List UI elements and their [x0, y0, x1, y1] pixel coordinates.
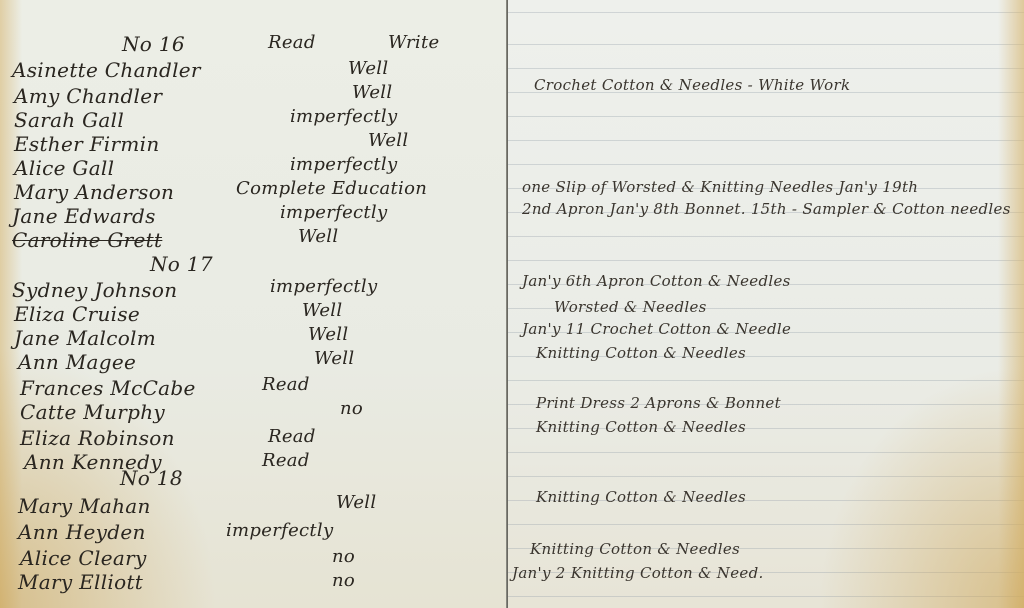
- write-value: Well: [348, 58, 388, 79]
- write-value: imperfectly: [290, 106, 397, 127]
- register-line: Crochet Cotton & Needles - White Work: [534, 76, 850, 94]
- register-line: Knitting Cotton & Needles: [530, 540, 740, 558]
- register-line: Jan'y 6th Apron Cotton & Needles: [522, 272, 791, 290]
- register-line: Jan'y 11 Crochet Cotton & Needle: [522, 320, 791, 338]
- write-value: Well: [368, 130, 408, 151]
- write-value: Well: [298, 226, 338, 247]
- student-name: Alice Cleary: [20, 546, 147, 570]
- write-value: Well: [314, 348, 354, 369]
- read-value: Read: [262, 450, 310, 471]
- right-page: Crochet Cotton & Needles - White Work on…: [508, 0, 1024, 608]
- student-name: Ann Heyden: [18, 520, 146, 544]
- student-name: Jane Malcolm: [14, 326, 156, 350]
- column-header-read: Read: [268, 32, 316, 53]
- student-name: Amy Chandler: [14, 84, 162, 108]
- student-name: Ann Magee: [18, 350, 136, 374]
- ledger-spread: No 16 Read Write Asinette Chandler Well …: [0, 0, 1024, 608]
- student-name: Frances McCabe: [20, 376, 196, 400]
- student-name: Alice Gall: [14, 156, 114, 180]
- section-heading-no18: No 18: [120, 466, 183, 490]
- register-line: Knitting Cotton & Needles: [536, 488, 746, 506]
- register-line: Worsted & Needles: [554, 298, 707, 316]
- read-value: Complete Education: [236, 178, 427, 199]
- section-heading-no16: No 16: [122, 32, 185, 56]
- student-name: Catte Murphy: [20, 400, 165, 424]
- write-value: no: [340, 398, 363, 419]
- register-line: 2nd Apron Jan'y 8th Bonnet. 15th - Sampl…: [522, 200, 1011, 218]
- student-name: Mary Elliott: [18, 570, 143, 594]
- student-name: Esther Firmin: [14, 132, 160, 156]
- write-value: Well: [302, 300, 342, 321]
- student-name: Sarah Gall: [14, 108, 124, 132]
- student-name: Sydney Johnson: [12, 278, 177, 302]
- read-value: Read: [262, 374, 310, 395]
- write-value: no: [332, 546, 355, 567]
- student-name: Mary Mahan: [18, 494, 151, 518]
- write-value: Well: [352, 82, 392, 103]
- student-name: Eliza Robinson: [20, 426, 175, 450]
- write-value: imperfectly: [290, 154, 397, 175]
- register-line: Print Dress 2 Aprons & Bonnet: [536, 394, 781, 412]
- student-name: Jane Edwards: [12, 204, 156, 228]
- register-line: Knitting Cotton & Needles: [536, 344, 746, 362]
- register-line: Knitting Cotton & Needles: [536, 418, 746, 436]
- section-heading-no17: No 17: [150, 252, 213, 276]
- write-value: no: [332, 570, 355, 591]
- student-name: Mary Anderson: [14, 180, 174, 204]
- student-name: Caroline Grett: [12, 228, 162, 252]
- write-value: imperfectly: [280, 202, 387, 223]
- read-value: Read: [268, 426, 316, 447]
- register-line: Jan'y 2 Knitting Cotton & Need.: [512, 564, 764, 582]
- left-page: No 16 Read Write Asinette Chandler Well …: [0, 0, 508, 608]
- write-value: Well: [336, 492, 376, 513]
- read-value: imperfectly: [270, 276, 377, 297]
- read-value: imperfectly: [226, 520, 333, 541]
- column-header-write: Write: [388, 32, 439, 53]
- write-value: Well: [308, 324, 348, 345]
- student-name: Asinette Chandler: [12, 58, 201, 82]
- register-line: one Slip of Worsted & Knitting Needles J…: [522, 178, 918, 196]
- student-name: Eliza Cruise: [14, 302, 140, 326]
